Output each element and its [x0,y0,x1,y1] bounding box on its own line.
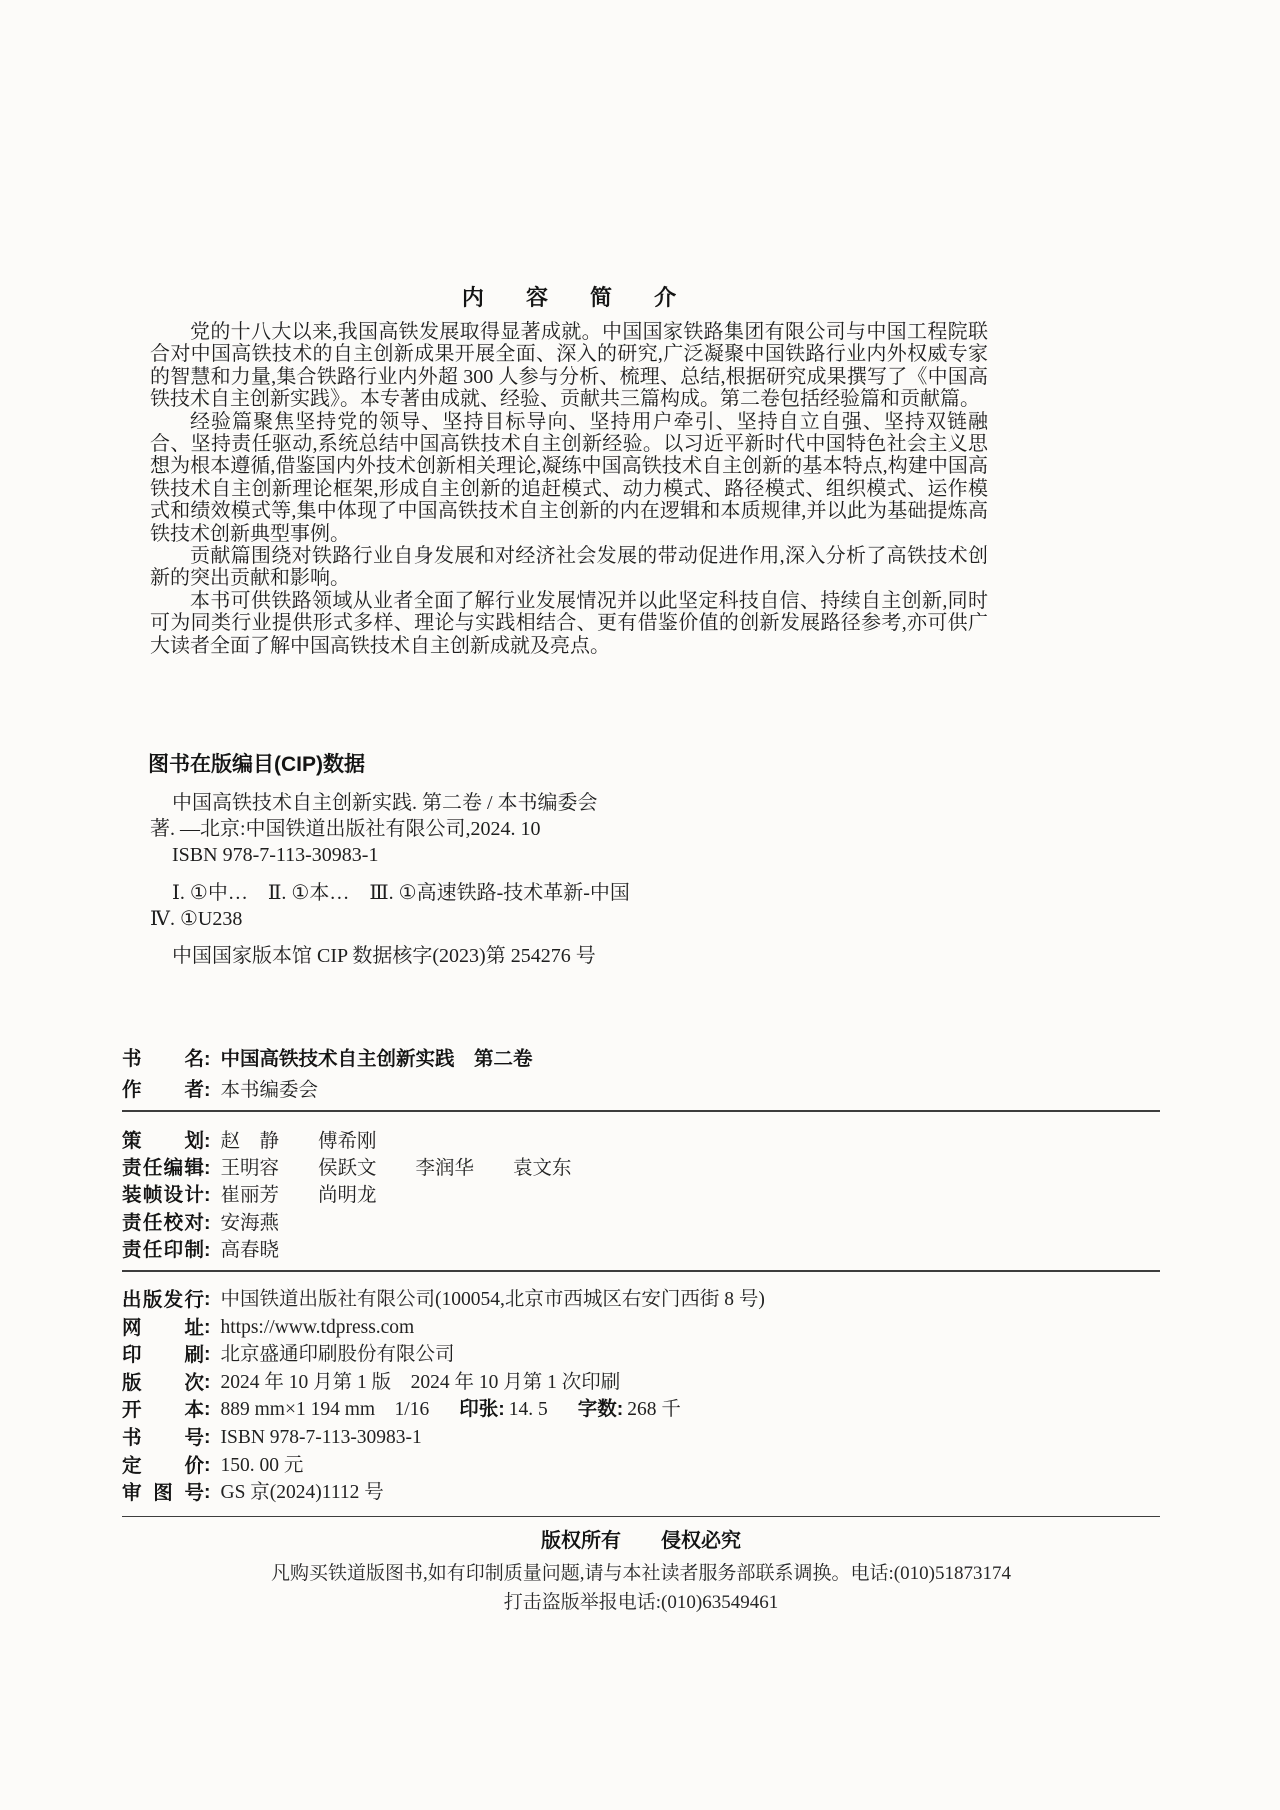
footer-section: 版权所有 侵权必究 凡购买铁道版图书,如有印制质量问题,请与本社读者服务部联系调… [122,1527,1160,1617]
publishing-row: 版次:2024 年 10 月第 1 版 2024 年 10 月第 1 次印刷 [122,1369,1160,1397]
cip-data-block: 中国高铁技术自主创新实践. 第二卷 / 本书编委会 著. —北京:中国铁道出版社… [150,790,990,969]
intro-section: 党的十八大以来,我国高铁发展取得显著成就。中国国家铁路集团有限公司与中国工程院联… [150,321,988,657]
field-colon: : [204,1184,211,1206]
field-label: 出版发行 [122,1287,204,1314]
field-value: 高春晓 [221,1240,280,1261]
field-label: 定价 [122,1453,204,1480]
field-colon: : [204,1048,211,1070]
field-label: 开本 [122,1397,204,1424]
cip-line: 中国国家版本馆 CIP 数据核字(2023)第 254276 号 [150,943,990,969]
field-value: 889 mm×1 194 mm 1/16 [221,1399,430,1420]
field-label: 责任印制 [122,1237,204,1264]
cip-line: ISBN 978-7-113-30983-1 [150,842,990,868]
field-value: 中国铁道出版社有限公司(100054,北京市西城区右安门西街 8 号) [221,1289,765,1310]
field-label: 作者 [122,1075,204,1106]
field-value: 150. 00 元 [221,1455,304,1476]
staff-row: 责任校对:安海燕 [122,1210,1160,1237]
field-colon: : [204,1130,211,1152]
copyright-notice: 版权所有 侵权必究 [122,1527,1160,1555]
field-label: 版次 [122,1370,204,1397]
field-colon: : [204,1079,211,1101]
field-colon: : [204,1343,211,1365]
intro-paragraph: 党的十八大以来,我国高铁发展取得显著成就。中国国家铁路集团有限公司与中国工程院联… [150,321,988,411]
field-value: 崔丽芳 尚明龙 [221,1185,377,1206]
publishing-row: 出版发行:中国铁道出版社有限公司(100054,北京市西城区右安门西街 8 号) [122,1286,1160,1314]
cip-line: 中国高铁技术自主创新实践. 第二卷 / 本书编委会 [150,790,990,816]
field-label: 策划 [122,1128,204,1155]
divider-bottom [122,1516,1160,1517]
cip-line: 著. —北京:中国铁道出版社有限公司,2024. 10 [150,816,990,842]
intro-paragraph: 贡献篇围绕对铁路行业自身发展和对经济社会发展的带动促进作用,深入分析了高铁技术创… [150,545,988,590]
field-value: 北京盛通印刷股份有限公司 [221,1344,455,1365]
publishing-row: 印刷:北京盛通印刷股份有限公司 [122,1341,1160,1369]
field-colon: : [204,1157,211,1179]
publishing-row: 网址:https://www.tdpress.com [122,1314,1160,1342]
field-value: 本书编委会 [221,1080,319,1101]
book-info-section: 书名:中国高铁技术自主创新实践 第二卷 作者:本书编委会 [122,1044,1160,1106]
field-value: 2024 年 10 月第 1 版 2024 年 10 月第 1 次印刷 [221,1372,621,1393]
field-extra-label: 字数: [578,1398,624,1420]
field-label: 责任校对 [122,1210,204,1237]
cip-title: 图书在版编目(CIP)数据 [148,752,365,778]
field-value: 赵 静 傅希刚 [221,1131,377,1152]
field-value: 中国高铁技术自主创新实践 第二卷 [221,1048,533,1070]
field-value: https://www.tdpress.com [221,1317,415,1338]
field-label: 责任编辑 [122,1155,204,1182]
publishing-row: 定价:150. 00 元 [122,1452,1160,1480]
field-colon: : [204,1481,211,1503]
cip-line: Ⅳ. ①U238 [150,906,990,932]
book-info-row: 书名:中国高铁技术自主创新实践 第二卷 [122,1044,1160,1075]
field-label: 装帧设计 [122,1182,204,1209]
field-value: ISBN 978-7-113-30983-1 [221,1427,422,1448]
field-extra-label: 印张: [459,1398,505,1420]
staff-row: 责任编辑:王明容 侯跃文 李润华 袁文东 [122,1155,1160,1182]
field-label: 书名 [122,1044,204,1075]
field-label: 印刷 [122,1342,204,1369]
field-extra-value: 268 千 [627,1399,681,1420]
staff-row: 责任印制:高春晓 [122,1237,1160,1264]
field-label: 审图号 [122,1480,204,1507]
copyright-page: 内 容 简 介 党的十八大以来,我国高铁发展取得显著成就。中国国家铁路集团有限公… [0,0,1280,1810]
publishing-row: 书号:ISBN 978-7-113-30983-1 [122,1424,1160,1452]
field-value: 安海燕 [221,1213,280,1234]
field-label: 网址 [122,1315,204,1342]
field-colon: : [204,1454,211,1476]
field-value: GS 京(2024)1112 号 [221,1482,384,1503]
divider-top [122,1110,1160,1112]
publishing-row: 开本:889 mm×1 194 mm 1/16印张:14. 5字数:268 千 [122,1396,1160,1424]
staff-row: 策划:赵 静 傅希刚 [122,1128,1160,1155]
cip-line: Ⅰ. ①中… Ⅱ. ①本… Ⅲ. ①高速铁路-技术革新-中国 [150,880,990,906]
field-colon: : [204,1316,211,1338]
staff-row: 装帧设计:崔丽芳 尚明龙 [122,1182,1160,1209]
field-value: 王明容 侯跃文 李润华 袁文东 [221,1158,572,1179]
piracy-report-line: 打击盗版举报电话:(010)63549461 [122,1588,1160,1617]
field-colon: : [204,1371,211,1393]
field-colon: : [204,1212,211,1234]
intro-paragraph: 本书可供铁路领域从业者全面了解行业发展情况并以此坚定科技自信、持续自主创新,同时… [150,590,988,657]
book-info-row: 作者:本书编委会 [122,1075,1160,1106]
publishing-row: 审图号:GS 京(2024)1112 号 [122,1479,1160,1507]
field-colon: : [204,1239,211,1261]
field-label: 书号 [122,1425,204,1452]
service-phone-line: 凡购买铁道版图书,如有印制质量问题,请与本社读者服务部联系调换。电话:(010)… [122,1559,1160,1588]
divider-middle [122,1270,1160,1272]
field-extra-value: 14. 5 [509,1399,548,1420]
intro-title: 内 容 简 介 [150,283,988,313]
field-colon: : [204,1288,211,1310]
publishing-info-section: 出版发行:中国铁道出版社有限公司(100054,北京市西城区右安门西街 8 号)… [122,1286,1160,1507]
staff-credits-section: 策划:赵 静 傅希刚 责任编辑:王明容 侯跃文 李润华 袁文东 装帧设计:崔丽芳… [122,1128,1160,1264]
field-colon: : [204,1426,211,1448]
field-colon: : [204,1398,211,1420]
intro-paragraph: 经验篇聚焦坚持党的领导、坚持目标导向、坚持用户牵引、坚持自立自强、坚持双链融合、… [150,411,988,545]
